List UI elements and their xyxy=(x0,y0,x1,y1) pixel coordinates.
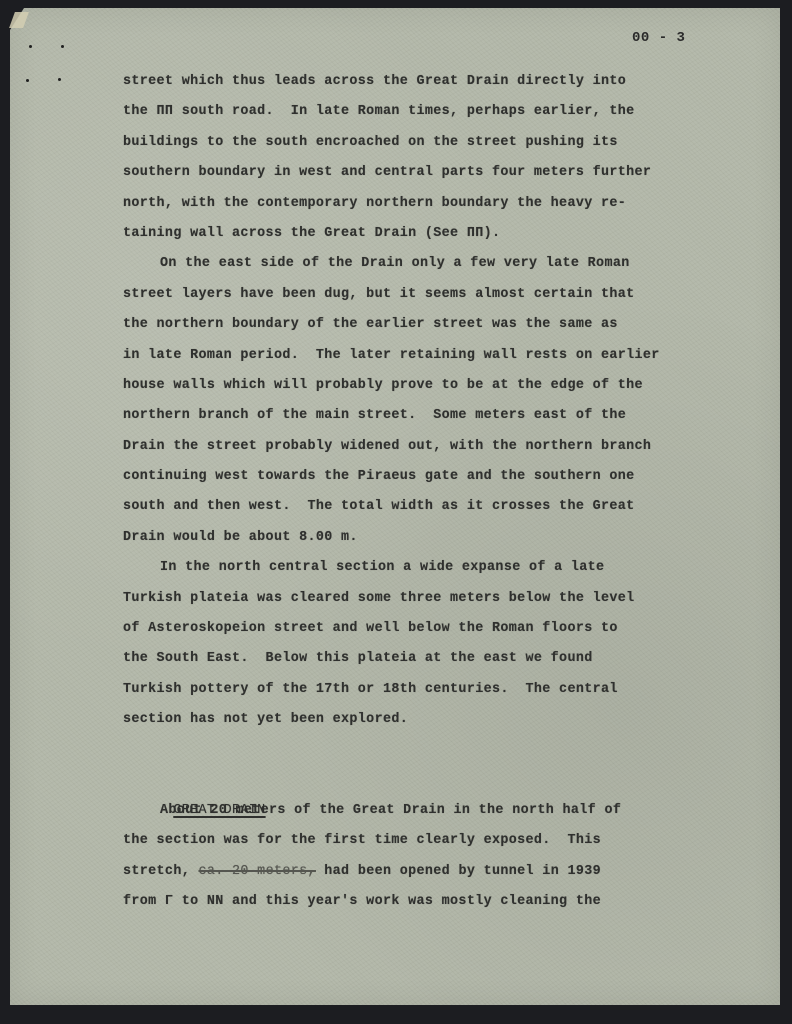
page-number: 00 - 3 xyxy=(632,30,685,46)
text-line: Drain would be about 8.00 m. xyxy=(123,523,763,553)
text-line: About 20 meters of the Great Drain in th… xyxy=(123,796,763,826)
text-line: south and then west. The total width as … xyxy=(123,492,763,522)
scan-frame: 00 - 3 street which thus leads across th… xyxy=(0,0,792,1024)
text-line: section has not yet been explored. xyxy=(123,705,763,735)
punch-hole xyxy=(29,45,32,48)
struck-out-text: ca. 20 meters, xyxy=(198,864,315,879)
paragraph-north-central: In the north central section a wide expa… xyxy=(123,553,763,735)
document-body: street which thus leads across the Great… xyxy=(123,67,763,918)
text-fragment: stretch, xyxy=(123,864,198,879)
paragraph-great-drain: About 20 meters of the Great Drain in th… xyxy=(123,796,763,918)
punch-hole xyxy=(61,45,64,48)
text-line: the section was for the first time clear… xyxy=(123,826,763,856)
section-heading-great-drain: GREAT DRAIN xyxy=(123,766,763,796)
punch-hole xyxy=(26,79,29,82)
text-line: the northern boundary of the earlier str… xyxy=(123,310,763,340)
text-line: Turkish plateia was cleared some three m… xyxy=(123,584,763,614)
paragraph-street-continued: street which thus leads across the Great… xyxy=(123,67,763,249)
text-line: taining wall across the Great Drain (See… xyxy=(123,219,763,249)
text-line: Turkish pottery of the 17th or 18th cent… xyxy=(123,675,763,705)
text-line: the South East. Below this plateia at th… xyxy=(123,644,763,674)
text-line: Drain the street probably widened out, w… xyxy=(123,432,763,462)
text-line: from Γ to NN and this year's work was mo… xyxy=(123,887,763,917)
section-spacer xyxy=(123,736,763,766)
text-line: In the north central section a wide expa… xyxy=(123,553,763,583)
text-line: of Asteroskopeion street and well below … xyxy=(123,614,763,644)
text-line: street which thus leads across the Great… xyxy=(123,67,763,97)
punch-hole xyxy=(58,78,61,81)
text-line: southern boundary in west and central pa… xyxy=(123,158,763,188)
text-line: north, with the contemporary northern bo… xyxy=(123,189,763,219)
text-fragment: had been opened by tunnel in 1939 xyxy=(316,864,601,879)
text-line: house walls which will probably prove to… xyxy=(123,371,763,401)
text-line: buildings to the south encroached on the… xyxy=(123,128,763,158)
text-line-with-strikeout: stretch, ca. 20 meters, had been opened … xyxy=(123,857,763,887)
text-line: the ΠΠ south road. In late Roman times, … xyxy=(123,97,763,127)
text-line: in late Roman period. The later retainin… xyxy=(123,341,763,371)
text-line: On the east side of the Drain only a few… xyxy=(123,249,763,279)
paragraph-east-side: On the east side of the Drain only a few… xyxy=(123,249,763,553)
text-line: northern branch of the main street. Some… xyxy=(123,401,763,431)
text-line: continuing west towards the Piraeus gate… xyxy=(123,462,763,492)
text-line: street layers have been dug, but it seem… xyxy=(123,280,763,310)
